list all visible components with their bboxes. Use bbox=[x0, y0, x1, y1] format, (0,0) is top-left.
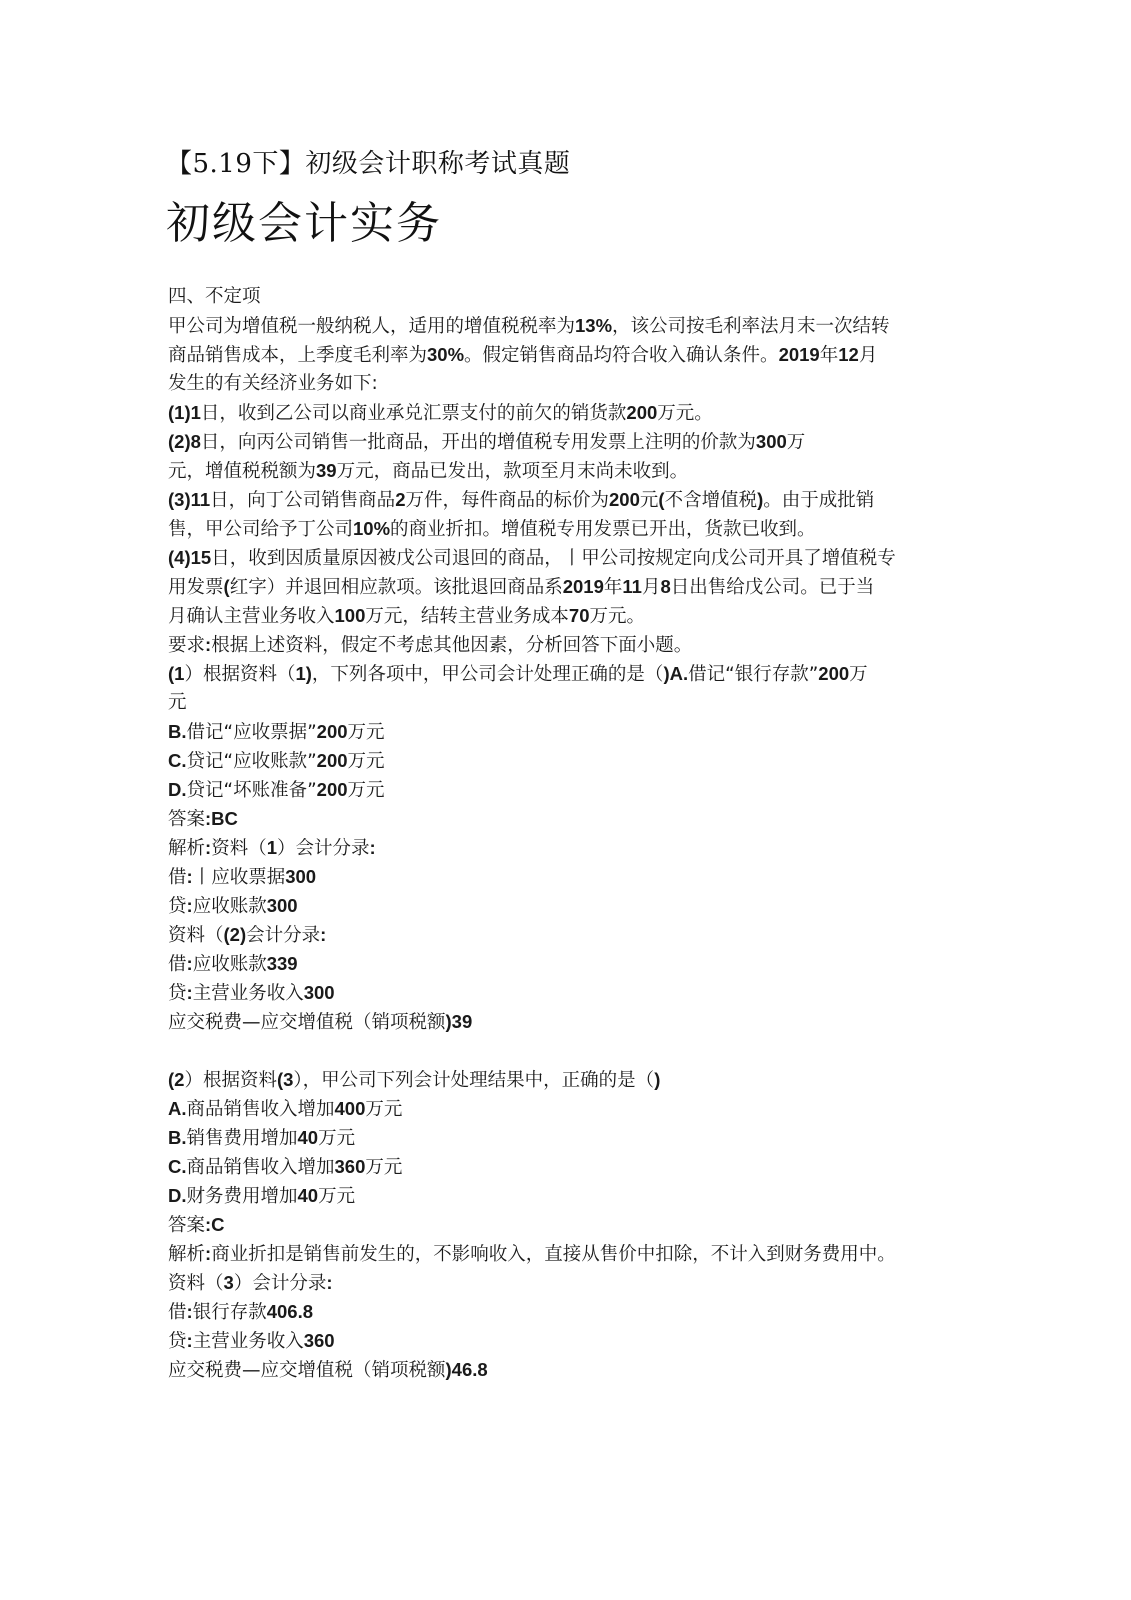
exam-subtitle: 【5.19下】初级会计职称考试真题 bbox=[166, 146, 570, 182]
text-line: 借:银行存款406.8 bbox=[168, 1297, 958, 1326]
text-line: (1）根据资料（1)，下列各项中，甲公司会计处理正确的是（)A.借记“银行存款”… bbox=[168, 659, 958, 688]
bold-run: 100 bbox=[335, 605, 366, 626]
text-line: A.商品销售收入增加400万元 bbox=[168, 1094, 958, 1123]
text-line: 元，增值税税额为39万元，商品已发出，款项至月末尚未收到。 bbox=[168, 456, 958, 485]
bold-run: :BC bbox=[205, 808, 238, 829]
bold-run: ) bbox=[654, 1069, 660, 1090]
text-line: 月确认主营业务收入100万元，结转主营业务成本70万元。 bbox=[168, 601, 958, 630]
bold-run: 2019 bbox=[779, 344, 820, 365]
text-line: (1)1日，收到乙公司以商业承兑汇票支付的前欠的销货款200万元。 bbox=[168, 398, 958, 427]
bold-run: : bbox=[370, 837, 376, 858]
document-page: 【5.19下】初级会计职称考试真题 初级会计实务 四、不定项 甲公司为增值税一般… bbox=[0, 0, 1131, 1600]
bold-run: D. bbox=[168, 779, 187, 800]
bold-run: 10% bbox=[353, 518, 390, 539]
bold-run: (1)1 bbox=[168, 402, 201, 423]
case-items: (1)1日，收到乙公司以商业承兑汇票支付的前欠的销货款200万元。(2)8日，向… bbox=[168, 398, 958, 659]
text-line: 售，甲公司给予丁公司10%的商业折扣。增值税专用发票已开出，货款已收到。 bbox=[168, 514, 958, 543]
bold-run: )39 bbox=[446, 1011, 473, 1032]
bold-run: (1 bbox=[168, 663, 184, 684]
bold-run: C. bbox=[168, 750, 187, 771]
bold-run: 2 bbox=[395, 489, 405, 510]
bold-run: 40 bbox=[298, 1127, 319, 1148]
bold-run: :C bbox=[205, 1214, 225, 1235]
bold-run: 1) bbox=[295, 663, 311, 684]
bold-run: )A. bbox=[663, 663, 688, 684]
bold-run: 1 bbox=[267, 837, 277, 858]
bold-run: 11 bbox=[622, 576, 642, 597]
bold-run: 200 bbox=[317, 750, 348, 771]
bold-run: 300 bbox=[756, 431, 787, 452]
bold-run: 400 bbox=[335, 1098, 366, 1119]
text-line: 贷:主营业务收入360 bbox=[168, 1326, 958, 1355]
text-line: B.销售费用增加40万元 bbox=[168, 1123, 958, 1152]
document-body: 四、不定项 甲公司为增值税一般纳税人，适用的增值税税率为13%，该公司按毛利率法… bbox=[168, 282, 958, 1384]
text-line: (2)8日，向丙公司销售一批商品，开出的增值税专用发票上注明的价款为300万 bbox=[168, 427, 958, 456]
question-2: (2）根据资料(3），甲公司下列会计处理结果中，正确的是（)A.商品销售收入增加… bbox=[168, 1065, 958, 1384]
bold-run: ) bbox=[757, 489, 763, 510]
text-line: C.贷记“应收账款”200万元 bbox=[168, 746, 958, 775]
text-line: D.财务费用增加40万元 bbox=[168, 1181, 958, 1210]
bold-run: (3 bbox=[277, 1069, 293, 1090]
bold-run: B. bbox=[168, 721, 187, 742]
case-intro: 甲公司为增值税一般纳税人，适用的增值税税率为13%，该公司按毛利率法月末一次结转… bbox=[168, 311, 958, 398]
text-line: B.借记“应收票据”200万元 bbox=[168, 717, 958, 746]
bold-run: 13% bbox=[575, 315, 612, 336]
bold-run: 406.8 bbox=[267, 1301, 313, 1322]
bold-run: : bbox=[205, 837, 211, 858]
bold-run: 30% bbox=[427, 344, 464, 365]
text-line: 应交税费—应交增值税（销项税额)39 bbox=[168, 1007, 958, 1036]
bold-run: 300 bbox=[285, 866, 316, 887]
text-line: 答案:BC bbox=[168, 804, 958, 833]
bold-run: 339 bbox=[267, 953, 298, 974]
bold-run: : bbox=[205, 1243, 211, 1264]
text-line: 要求:根据上述资料，假定不考虑其他因素，分析回答下面小题。 bbox=[168, 630, 958, 659]
bold-run: 300 bbox=[304, 982, 335, 1003]
bold-run: 200 bbox=[317, 721, 348, 742]
text-line: 答案:C bbox=[168, 1210, 958, 1239]
bold-run: 300 bbox=[267, 895, 298, 916]
text-line: 资料（3）会计分录: bbox=[168, 1268, 958, 1297]
bold-run: 200 bbox=[317, 779, 348, 800]
bold-run: 360 bbox=[335, 1156, 366, 1177]
text-line: (2）根据资料(3），甲公司下列会计处理结果中，正确的是（) bbox=[168, 1065, 958, 1094]
text-line: 借:应收账款339 bbox=[168, 949, 958, 978]
text-line: 贷:主营业务收入300 bbox=[168, 978, 958, 1007]
text-line: 甲公司为增值税一般纳税人，适用的增值税税率为13%，该公司按毛利率法月末一次结转 bbox=[168, 311, 958, 340]
bold-run: 360 bbox=[304, 1330, 335, 1351]
text-line: 用发票(红字）并退回相应款项。该批退回商品系2019年11月8日出售给戊公司。已… bbox=[168, 572, 958, 601]
bold-run: 200 bbox=[626, 402, 657, 423]
text-line: 商品销售成本，上季度毛利率为30%。假定销售商品均符合收入确认条件。2019年1… bbox=[168, 340, 958, 369]
bold-run: : bbox=[187, 1330, 193, 1351]
section-heading: 四、不定项 bbox=[168, 282, 958, 311]
text-line: 发生的有关经济业务如下: bbox=[168, 369, 958, 398]
bold-run: 200 bbox=[609, 489, 640, 510]
bold-run: (2)8 bbox=[168, 431, 201, 452]
bold-run: : bbox=[187, 866, 193, 887]
bold-run: 39 bbox=[316, 460, 337, 481]
bold-run: : bbox=[326, 1272, 332, 1293]
bold-run: B. bbox=[168, 1127, 187, 1148]
bold-run: : bbox=[187, 953, 193, 974]
bold-run: 40 bbox=[298, 1185, 319, 1206]
text-line: D.贷记“坏账准备”200万元 bbox=[168, 775, 958, 804]
text-line: (4)15日，收到因质量原因被戊公司退回的商品，丨甲公司按规定向戊公司开具了增值… bbox=[168, 543, 958, 572]
text-line: 借:丨应收票据300 bbox=[168, 862, 958, 891]
text-line: 解析:资料（1）会计分录: bbox=[168, 833, 958, 862]
bold-run: 70 bbox=[569, 605, 590, 626]
bold-run: ( bbox=[224, 576, 230, 597]
bold-run: D. bbox=[168, 1185, 187, 1206]
bold-run: (3)11 bbox=[168, 489, 210, 510]
text-line: 应交税费—应交增值税（销项税额)46.8 bbox=[168, 1355, 958, 1384]
text-line: 资料（(2)会计分录: bbox=[168, 920, 958, 949]
question-1: (1）根据资料（1)，下列各项中，甲公司会计处理正确的是（)A.借记“银行存款”… bbox=[168, 659, 958, 1036]
bold-run: 2019 bbox=[563, 576, 604, 597]
bold-run: 200 bbox=[818, 663, 849, 684]
bold-run: C. bbox=[168, 1156, 187, 1177]
text-line: 解析:商业折扣是销售前发生的，不影响收入，直接从售价中扣除，不计入到财务费用中。 bbox=[168, 1239, 958, 1268]
bold-run: 8 bbox=[660, 576, 670, 597]
bold-run: : bbox=[187, 982, 193, 1003]
bold-run: A. bbox=[168, 1098, 187, 1119]
bold-run: (4)15 bbox=[168, 547, 211, 568]
bold-run: 12 bbox=[838, 344, 859, 365]
bold-run: 3 bbox=[224, 1272, 234, 1293]
text-line: (3)11日，向丁公司销售商品2万件，每件商品的标价为200元(不含增值税)。由… bbox=[168, 485, 958, 514]
text-line: 贷:应收账款300 bbox=[168, 891, 958, 920]
bold-run: : bbox=[320, 924, 326, 945]
bold-run: : bbox=[187, 895, 193, 916]
spacer bbox=[168, 1036, 958, 1065]
bold-run: (2 bbox=[168, 1069, 184, 1090]
bold-run: )46.8 bbox=[446, 1359, 488, 1380]
page-title: 初级会计实务 bbox=[166, 196, 442, 252]
bold-run: : bbox=[187, 1301, 193, 1322]
bold-run: : bbox=[205, 634, 211, 655]
text-line: 元 bbox=[168, 688, 958, 717]
text-line: C.商品销售收入增加360万元 bbox=[168, 1152, 958, 1181]
bold-run: (2) bbox=[224, 924, 247, 945]
bold-run: ( bbox=[658, 489, 664, 510]
